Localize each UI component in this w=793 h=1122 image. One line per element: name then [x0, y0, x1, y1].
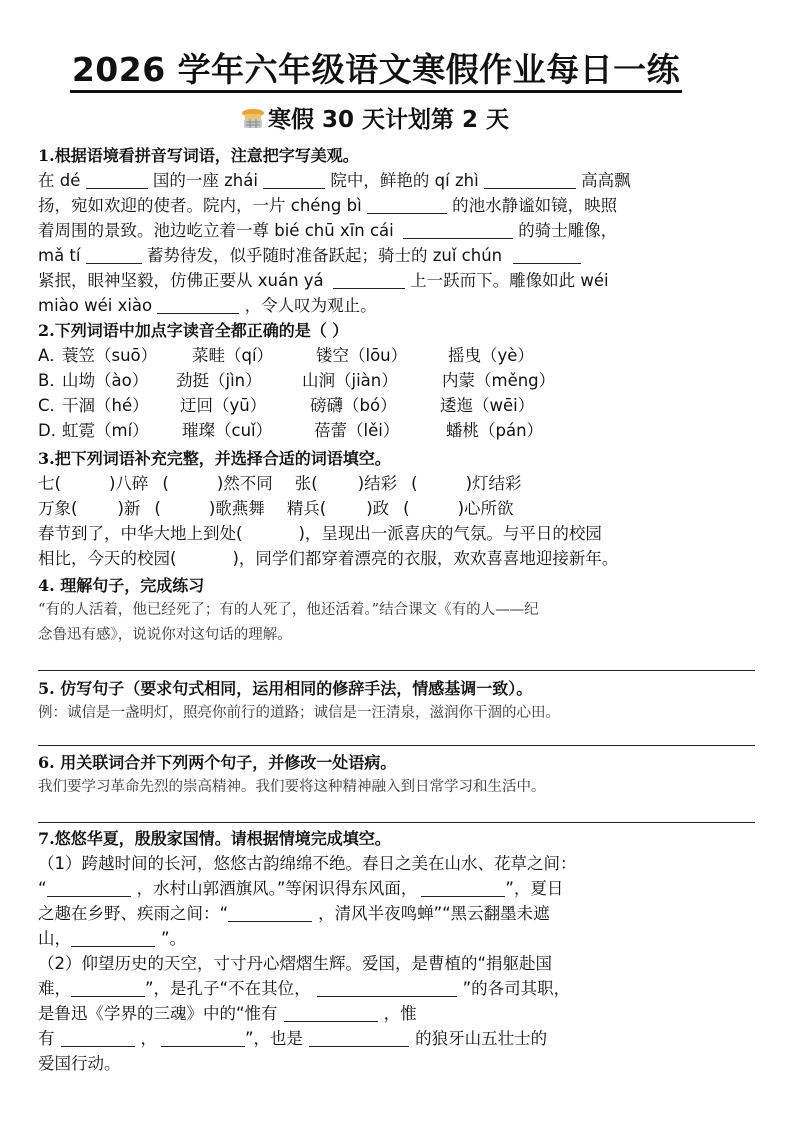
option-item: 迂回（yū） [180, 393, 310, 418]
answer-blank[interactable] [333, 271, 405, 289]
q4-answer-line[interactable] [38, 670, 755, 671]
option-label: D． [38, 418, 62, 443]
poem-blank[interactable] [71, 979, 145, 997]
option-item: 蟠桃（pán） [446, 418, 543, 443]
text: )八碎 [109, 474, 148, 493]
option-item: 劲挺（jìn） [176, 368, 302, 393]
q3-paragraph-line-2: 相比，今天的校园()，同学们都穿着漂亮的衣服，欢欢喜喜地迎接新年。 [38, 546, 768, 571]
option-item: 逶迤（wēi） [440, 393, 534, 418]
q7-part2-line-1: （2）仰望历史的天空，寸寸丹心熠熠生辉。爱国，是曹植的“捐躯赴国 [38, 951, 768, 976]
q6-answer-line[interactable] [38, 822, 755, 823]
text: 的骑士雕像， [513, 221, 617, 240]
subtitle-text: 寒假 30 天计划第 2 天 [268, 107, 509, 133]
option-item: 蓑笠（suō） [62, 343, 192, 368]
q1-line-1: 在 dé 国的一座 zhái 院中，鲜艳的 qí zhì 高高飘 [38, 168, 768, 193]
text: ( [154, 499, 160, 518]
text: 七( [38, 474, 61, 493]
text: ”，也是 [245, 1029, 303, 1048]
graduation-cap-icon [240, 105, 266, 131]
q6-heading: 6. 用关联词合并下列两个句子，并修改一处语病。 [38, 750, 768, 775]
text: 上一跃而下。雕像如此 wéi [405, 271, 609, 290]
poem-blank[interactable] [161, 1029, 245, 1047]
text: ，惟 [384, 1004, 417, 1023]
page-subtitle: 寒假 30 天计划第 2 天 [240, 104, 560, 136]
text: 山， [38, 929, 71, 948]
poem-blank[interactable] [71, 929, 155, 947]
q7-part2-line-4: 有，”，也是的狼牙山五壮士的 [38, 1026, 768, 1051]
text: ”，夏日 [505, 879, 563, 898]
text: )，同学们都穿着漂亮的衣服，欢欢喜喜地迎接新年。 [232, 549, 618, 568]
option-item: 璀璨（cuǐ） [182, 418, 314, 443]
q6-sentence: 我们要学习革命先烈的崇高精神。我们要将这种精神融入到日常学习和生活中。 [38, 775, 768, 800]
q7-heading: 7.悠悠华夏，殷殷家国情。请根据情境完成填空。 [38, 826, 768, 851]
text: mǎ tí [38, 246, 86, 265]
text: 有 [38, 1029, 55, 1048]
option-item: 虹霓（mí） [62, 418, 182, 443]
option-item: 镂空（lōu） [316, 343, 448, 368]
text: )政 [366, 499, 389, 518]
poem-blank[interactable] [309, 1029, 409, 1047]
answer-blank[interactable] [484, 171, 576, 189]
option-item: 干涸（hé） [62, 393, 180, 418]
q1-heading: 1.根据语境看拼音写词语，注意把字写美观。 [38, 143, 768, 168]
text: 的狼牙山五壮士的 [415, 1029, 547, 1048]
option-label: B． [38, 368, 62, 393]
q3-heading: 3.把下列词语补充完整，并选择合适的词语填空。 [38, 446, 768, 471]
option-item: 菜畦（qí） [192, 343, 316, 368]
text: 的池水静谧如镜，映照 [447, 196, 617, 215]
q3-paragraph-line-1: 春节到了，中华大地上到处()，呈现出一派喜庆的气氛。与平日的校园 [38, 521, 768, 546]
q4-heading: 4. 理解句子，完成练习 [38, 573, 768, 598]
text: 相比，今天的校园( [38, 549, 176, 568]
answer-blank[interactable] [367, 196, 447, 214]
text: ， [141, 1029, 158, 1048]
text: 在 dé [38, 171, 86, 190]
poem-blank[interactable] [284, 1004, 378, 1022]
text: ，水村山郭酒旗风。”等闲识得东风面， [137, 879, 418, 898]
poem-blank[interactable] [317, 979, 457, 997]
q1-line-3: 着周围的景致。池边屹立着一尊 bié chū xīn cái 的骑士雕像， [38, 218, 768, 243]
q2-option-c[interactable]: C．干涸（hé）迂回（yū）磅礴（bó）逶迤（wēi） [38, 393, 768, 418]
text: 国的一座 zhái [148, 171, 264, 190]
option-label: C． [38, 393, 62, 418]
answer-blank[interactable] [157, 296, 239, 314]
text: 之趣在乡野、疾雨之间：“ [38, 904, 228, 923]
q3-idiom-row-1: 七()八碎()然不同张()结彩()灯结彩 [38, 471, 768, 496]
q1-line-6: miào wéi xiào ，令人叹为观止。 [38, 293, 768, 318]
q1-line-5: 紧抿，眼神坚毅，仿佛正要从 xuán yá 上一跃而下。雕像如此 wéi [38, 268, 768, 293]
text: 高高飘 [576, 171, 631, 190]
text: )新 [117, 499, 140, 518]
option-item: 内蒙（měng） [442, 368, 555, 393]
text: ( [162, 474, 168, 493]
q4-prompt-line-2: 念鲁迅有感》，说说你对这句话的理解。 [38, 623, 768, 648]
text: ( [403, 499, 409, 518]
text: “ [38, 879, 47, 898]
q3-idiom-row-2: 万象()新()歌燕舞精兵()政()心所欲 [38, 496, 768, 521]
q2-option-b[interactable]: B．山坳（ào）劲挺（jìn）山涧（jiàn）内蒙（měng） [38, 368, 768, 393]
text: ”，是孔子“不在其位， [145, 979, 311, 998]
q2-option-d[interactable]: D．虹霓（mí）璀璨（cuǐ）蓓蕾（lěi）蟠桃（pán） [38, 418, 768, 443]
poem-blank[interactable] [421, 879, 505, 897]
answer-blank[interactable] [263, 171, 325, 189]
text: )歌燕舞 [209, 499, 265, 518]
text: 蓄势待发，似乎随时准备跃起；骑士的 zuǐ chún [142, 246, 508, 265]
answer-blank[interactable] [513, 246, 581, 264]
text: )心所欲 [458, 499, 514, 518]
text: )，呈现出一派喜庆的气氛。与平日的校园 [298, 524, 601, 543]
option-item: 山涧（jiàn） [302, 368, 442, 393]
text: 张( [295, 474, 318, 493]
text: 院中，鲜艳的 qí zhì [325, 171, 484, 190]
page-title: 2026 学年六年级语文寒假作业每日一练 [70, 50, 682, 93]
poem-blank[interactable] [47, 879, 131, 897]
text: 是鲁迅《学界的三魂》中的“惟有 [38, 1004, 278, 1023]
text: )然不同 [217, 474, 273, 493]
text: ( [411, 474, 417, 493]
q5-answer-line[interactable] [38, 745, 755, 746]
option-item: 磅礴（bó） [310, 393, 440, 418]
poem-blank[interactable] [61, 1029, 135, 1047]
text: ，令人叹为观止。 [239, 296, 376, 315]
text: miào wéi xiào [38, 296, 157, 315]
q1-line-2: 扬，宛如欢迎的使者。院内，一片 chéng bì 的池水静谧如镜，映照 [38, 193, 768, 218]
text: 难， [38, 979, 71, 998]
option-item: 摇曳（yè） [448, 343, 534, 368]
q7-part2-line-3: 是鲁迅《学界的三魂》中的“惟有，惟 [38, 1001, 768, 1026]
option-item: 蓓蕾（lěi） [314, 418, 446, 443]
answer-blank[interactable] [86, 171, 148, 189]
q7-part1-line-4: 山，”。 [38, 926, 768, 951]
poem-blank[interactable] [228, 904, 312, 922]
q7-part2-line-2: 难，”，是孔子“不在其位，”的各司其职， [38, 976, 768, 1001]
q4-prompt-line-1: “有的人活着，他已经死了；有的人死了，他还活着。”结合课文《有的人——纪 [38, 598, 768, 623]
text: )灯结彩 [466, 474, 522, 493]
text: 紧抿，眼神坚毅，仿佛正要从 xuán yá [38, 271, 329, 290]
text: )结彩 [358, 474, 397, 493]
q5-heading: 5. 仿写句子（要求句式相同，运用相同的修辞手法，情感基调一致）。 [38, 676, 768, 701]
text: 着周围的景致。池边屹立着一尊 bié chū xīn cái [38, 221, 399, 240]
q7-part1-line-2: “，水村山郭酒旗风。”等闲识得东风面，”，夏日 [38, 876, 768, 901]
text: ”。 [161, 929, 186, 948]
answer-blank[interactable] [403, 221, 513, 239]
text: 扬，宛如欢迎的使者。院内，一片 chéng bì [38, 196, 367, 215]
text: ”的各司其职， [463, 979, 571, 998]
answer-blank[interactable] [86, 246, 142, 264]
q2-option-a[interactable]: A．蓑笠（suō）菜畦（qí）镂空（lōu）摇曳（yè） [38, 343, 768, 368]
q7-part1-line-1: （1）跨越时间的长河，悠悠古韵绵绵不绝。春日之美在山水、花草之间： [38, 851, 768, 876]
q2-heading: 2.下列词语中加点字读音全都正确的是（ ） [38, 318, 768, 343]
q5-example: 例：诚信是一盏明灯，照亮你前行的道路；诚信是一汪清泉，滋润你干涸的心田。 [38, 701, 768, 726]
text: 精兵( [287, 499, 326, 518]
worksheet-page: 2026 学年六年级语文寒假作业每日一练 寒假 30 天计划第 2 天 1.根据… [0, 0, 793, 1122]
q7-part2-line-5: 爱国行动。 [38, 1051, 768, 1076]
q1-line-4: mǎ tí 蓄势待发，似乎随时准备跃起；骑士的 zuǐ chún [38, 243, 768, 268]
option-label: A． [38, 343, 62, 368]
text: 万象( [38, 499, 77, 518]
text: ，清风半夜鸣蝉”“黑云翻墨未遮 [318, 904, 550, 923]
text: 春节到了，中华大地上到处( [38, 524, 242, 543]
option-item: 山坳（ào） [62, 368, 176, 393]
q7-part1-line-3: 之趣在乡野、疾雨之间：“，清风半夜鸣蝉”“黑云翻墨未遮 [38, 901, 768, 926]
